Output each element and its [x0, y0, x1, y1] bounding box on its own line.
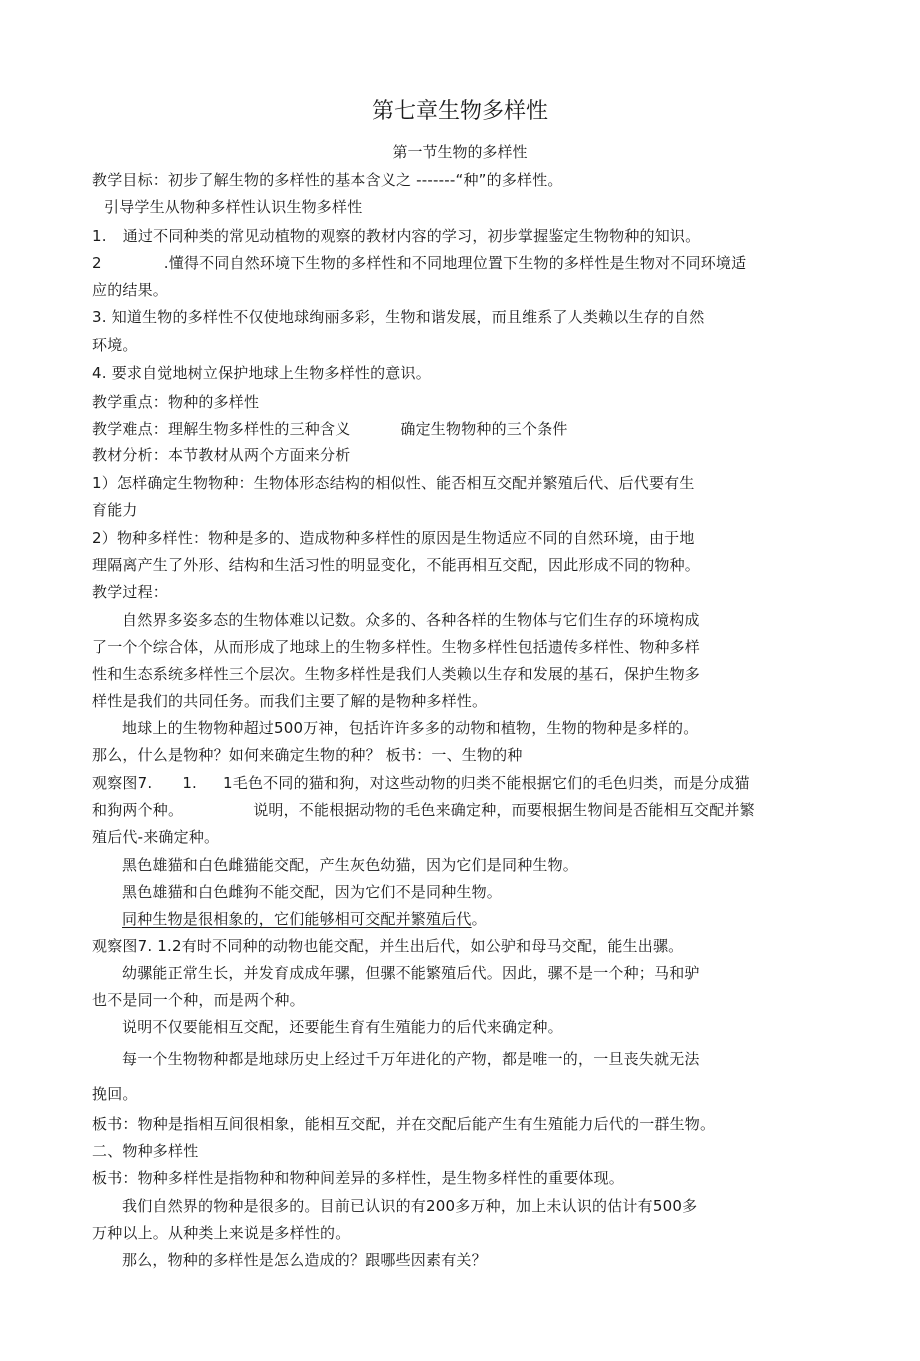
- objectives-label: 教学目标：: [92, 171, 168, 189]
- unique-line-1: 每一个生物物种都是地球历史上经过千万年进化的产物，都是唯一的，一旦丧失就无法: [122, 1049, 700, 1069]
- analysis-point-2-cont: 理隔离产生了外形、结构和生活习性的明显变化，不能再相互交配，因此形成不同的物种。: [92, 555, 700, 575]
- analysis-point-2: 2）物种多样性：物种是多的、造成物种多样性的原因是生物适应不同的自然环境，由于地: [92, 528, 695, 548]
- objective-item-4: 4. 要求自觉地树立保护地球上生物多样性的意识。: [92, 363, 431, 383]
- objective-item-2-cont: 应的结果。: [92, 280, 168, 300]
- difficulty-line: 教学难点：理解生物多样性的三种含义确定生物物种的三个条件: [92, 419, 568, 439]
- objective-item-3-cont: 环境。: [92, 335, 138, 355]
- figure-text: 1毛色不同的猫和狗，对这些动物的归类不能根据它们的毛色归类，而是分成猫: [223, 774, 750, 792]
- objective-item-2: 2.懂得不同自然环境下生物的多样性和不同地理位置下生物的多样性是生物对不同环境适: [92, 253, 746, 273]
- process-line-5: 地球上的生物物种超过500万神，包括许许多多的动物和植物，生物的物种是多样的。: [122, 718, 698, 738]
- document-page: 第七章生物多样性 第一节生物的多样性 教学目标：初步了解生物的多样性的基本含义之…: [0, 0, 920, 1361]
- analysis-label: 教材分析：本节教材从两个方面来分析: [92, 445, 350, 465]
- mule-line-1: 幼骡能正常生长，并发育成成年骡，但骡不能繁殖后代。因此，骡不是一个种；马和驴: [122, 963, 700, 983]
- section-title: 第一节生物的多样性: [0, 142, 920, 162]
- cat-example-2: 黑色雄猫和白色雌狗不能交配，因为它们不是同种生物。: [122, 882, 502, 902]
- analysis-point-1-cont: 育能力: [92, 500, 138, 520]
- objective-item-3: 3. 知道生物的多样性不仅使地球绚丽多彩，生物和谐发展，而且维系了人类赖以生存的…: [92, 307, 705, 327]
- analysis-point-1: 1）怎样确定生物物种：生物体形态结构的相似性、能否相互交配并繁殖后代、后代要有生: [92, 473, 695, 493]
- section-2-heading: 二、物种多样性: [92, 1141, 198, 1161]
- many-line-2: 万种以上。从种类上来说是多样性的。: [92, 1223, 350, 1243]
- item-number: 3.: [92, 308, 107, 326]
- difficulty-label: 教学难点：理解生物多样性的三种含义: [92, 420, 350, 438]
- figure-ref: 观察图7.: [92, 774, 152, 792]
- figure-1-line-2: 和狗两个种。说明，不能根据动物的毛色来确定种，而要根据生物间是否能相互交配并繁: [92, 800, 755, 820]
- text-b: 说明，不能根据动物的毛色来确定种，而要根据生物间是否能相互交配并繁: [253, 801, 755, 819]
- explain-line: 说明不仅要能相互交配，还要能生育有生殖能力的后代来确定种。: [122, 1017, 563, 1037]
- figure-2-line: 观察图7. 1.2有时不同种的动物也能交配，并生出后代，如公驴和母马交配，能生出…: [92, 936, 683, 956]
- question-line: 那么，物种的多样性是怎么造成的？跟哪些因素有关？: [122, 1250, 487, 1270]
- process-line-6: 那么，什么是物种？如何来确定生物的种？ 板书：一、生物的种: [92, 745, 523, 765]
- item-text: 通过不同种类的常见动植物的观察的教材内容的学习，初步掌握鉴定生物物种的知识。: [123, 227, 701, 245]
- item-text: .懂得不同自然环境下生物的多样性和不同地理位置下生物的多样性是生物对不同环境适: [164, 254, 747, 272]
- underlined-text: 同种生物是很相象的，它们能够相可交配并繁殖后代: [122, 910, 472, 928]
- item-text: 知道生物的多样性不仅使地球绚丽多彩，生物和谐发展，而且维系了人类赖以生存的自然: [112, 308, 705, 326]
- underlined-conclusion: 同种生物是很相象的，它们能够相可交配并繁殖后代。: [122, 909, 487, 929]
- unique-line-2: 挽回。: [92, 1084, 138, 1104]
- objectives-guide: 引导学生从物种多样性认识生物多样性: [104, 197, 362, 217]
- process-line-1: 自然界多姿多态的生物体难以记数。众多的、各种各样的生物体与它们生存的环境构成: [122, 610, 700, 630]
- chapter-title: 第七章生物多样性: [0, 98, 920, 126]
- process-line-4: 样性是我们的共同任务。而我们主要了解的是物种多样性。: [92, 691, 487, 711]
- many-line-1: 我们自然界的物种是很多的。目前已认识的有200多万种，加上未认识的估计有500多: [122, 1196, 697, 1216]
- item-text: 要求自觉地树立保护地球上生物多样性的意识。: [112, 364, 431, 382]
- key-point: 教学重点：物种的多样性: [92, 392, 259, 412]
- board-note-2: 板书：物种多样性是指物种和物种间差异的多样性，是生物多样性的重要体现。: [92, 1168, 624, 1188]
- difficulty-extra: 确定生物物种的三个条件: [400, 420, 567, 438]
- cat-example-1: 黑色雄猫和白色雌猫能交配，产生灰色幼猫，因为它们是同种生物。: [122, 855, 578, 875]
- text-a: 和狗两个种。: [92, 801, 183, 819]
- item-number: 2: [92, 254, 102, 272]
- figure-num: 1.: [182, 774, 197, 792]
- process-line-2: 了一个个综合体，从而形成了地球上的生物多样性。生物多样性包括遗传多样性、物种多样: [92, 637, 700, 657]
- objectives-line: 教学目标：初步了解生物的多样性的基本含义之 -------“种”的多样性。: [92, 170, 563, 190]
- period: 。: [472, 910, 487, 928]
- objective-item-1: 1.通过不同种类的常见动植物的观察的教材内容的学习，初步掌握鉴定生物物种的知识。: [92, 226, 700, 246]
- item-number: 4.: [92, 364, 107, 382]
- figure-1-line-3: 殖后代-来确定种。: [92, 827, 219, 847]
- item-number: 1.: [92, 227, 107, 245]
- figure-1-line: 观察图7.1.1毛色不同的猫和狗，对这些动物的归类不能根据它们的毛色归类，而是分…: [92, 773, 750, 793]
- process-line-3: 性和生态系统多样性三个层次。生物多样性是我们人类赖以生存和发展的基石，保护生物多: [92, 664, 700, 684]
- board-note-1: 板书：物种是指相互间很相象，能相互交配，并在交配后能产生有生殖能力后代的一群生物…: [92, 1114, 715, 1134]
- mule-line-2: 也不是同一个种，而是两个种。: [92, 990, 305, 1010]
- process-label: 教学过程：: [92, 582, 168, 602]
- objectives-text: 初步了解生物的多样性的基本含义之 -------“种”的多样性。: [168, 171, 563, 189]
